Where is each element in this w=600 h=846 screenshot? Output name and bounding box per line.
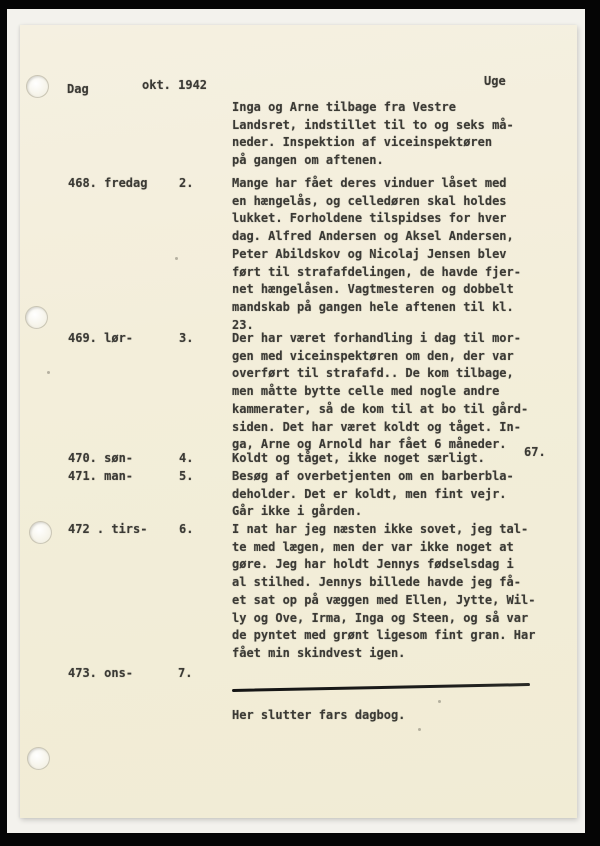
- entry-date: 5.: [179, 468, 193, 486]
- entry-number-day: 473. ons-: [68, 665, 133, 683]
- scanned-diary-page: Dag okt. 1942 Uge Inga og Arne tilbage f…: [0, 0, 600, 846]
- paper-speck: [47, 371, 50, 374]
- entry-number-day: 471. man-: [68, 468, 133, 486]
- header-month-year: okt. 1942: [142, 77, 207, 95]
- entry-number-day: 468. fredag: [68, 175, 147, 193]
- entry-date: 4.: [179, 450, 193, 468]
- entry-text: Besøg af overbetjenten om en barberbla- …: [232, 468, 514, 521]
- entry-date: 6.: [179, 521, 193, 539]
- paper-speck: [438, 700, 441, 703]
- paper-speck: [418, 728, 421, 731]
- entry-date: 2.: [179, 175, 193, 193]
- entry-date: 3.: [179, 330, 193, 348]
- entry-text: I nat har jeg næsten ikke sovet, jeg tal…: [232, 521, 535, 663]
- entry-number-day: 472 . tirs-: [68, 521, 147, 539]
- header-day-label: Dag: [67, 81, 89, 99]
- entry-text: Der har været forhandling i dag til mor-…: [232, 330, 528, 454]
- closing-note: Her slutter fars dagbog.: [232, 707, 405, 725]
- entry-text: Koldt og tåget, ikke noget særligt.: [232, 450, 485, 468]
- entry-text: Inga og Arne tilbage fra Vestre Landsret…: [232, 99, 514, 170]
- typewritten-content: Dag okt. 1942 Uge Inga og Arne tilbage f…: [0, 0, 600, 846]
- page-number: 67.: [524, 444, 546, 462]
- entry-date: 7.: [178, 665, 192, 683]
- entry-number-day: 470. søn-: [68, 450, 133, 468]
- end-divider-line: [232, 683, 530, 692]
- paper-speck: [175, 257, 178, 260]
- entry-number-day: 469. lør-: [68, 330, 133, 348]
- entry-text: Mange har fået deres vinduer låset med e…: [232, 175, 521, 334]
- header-week-label: Uge: [484, 73, 506, 91]
